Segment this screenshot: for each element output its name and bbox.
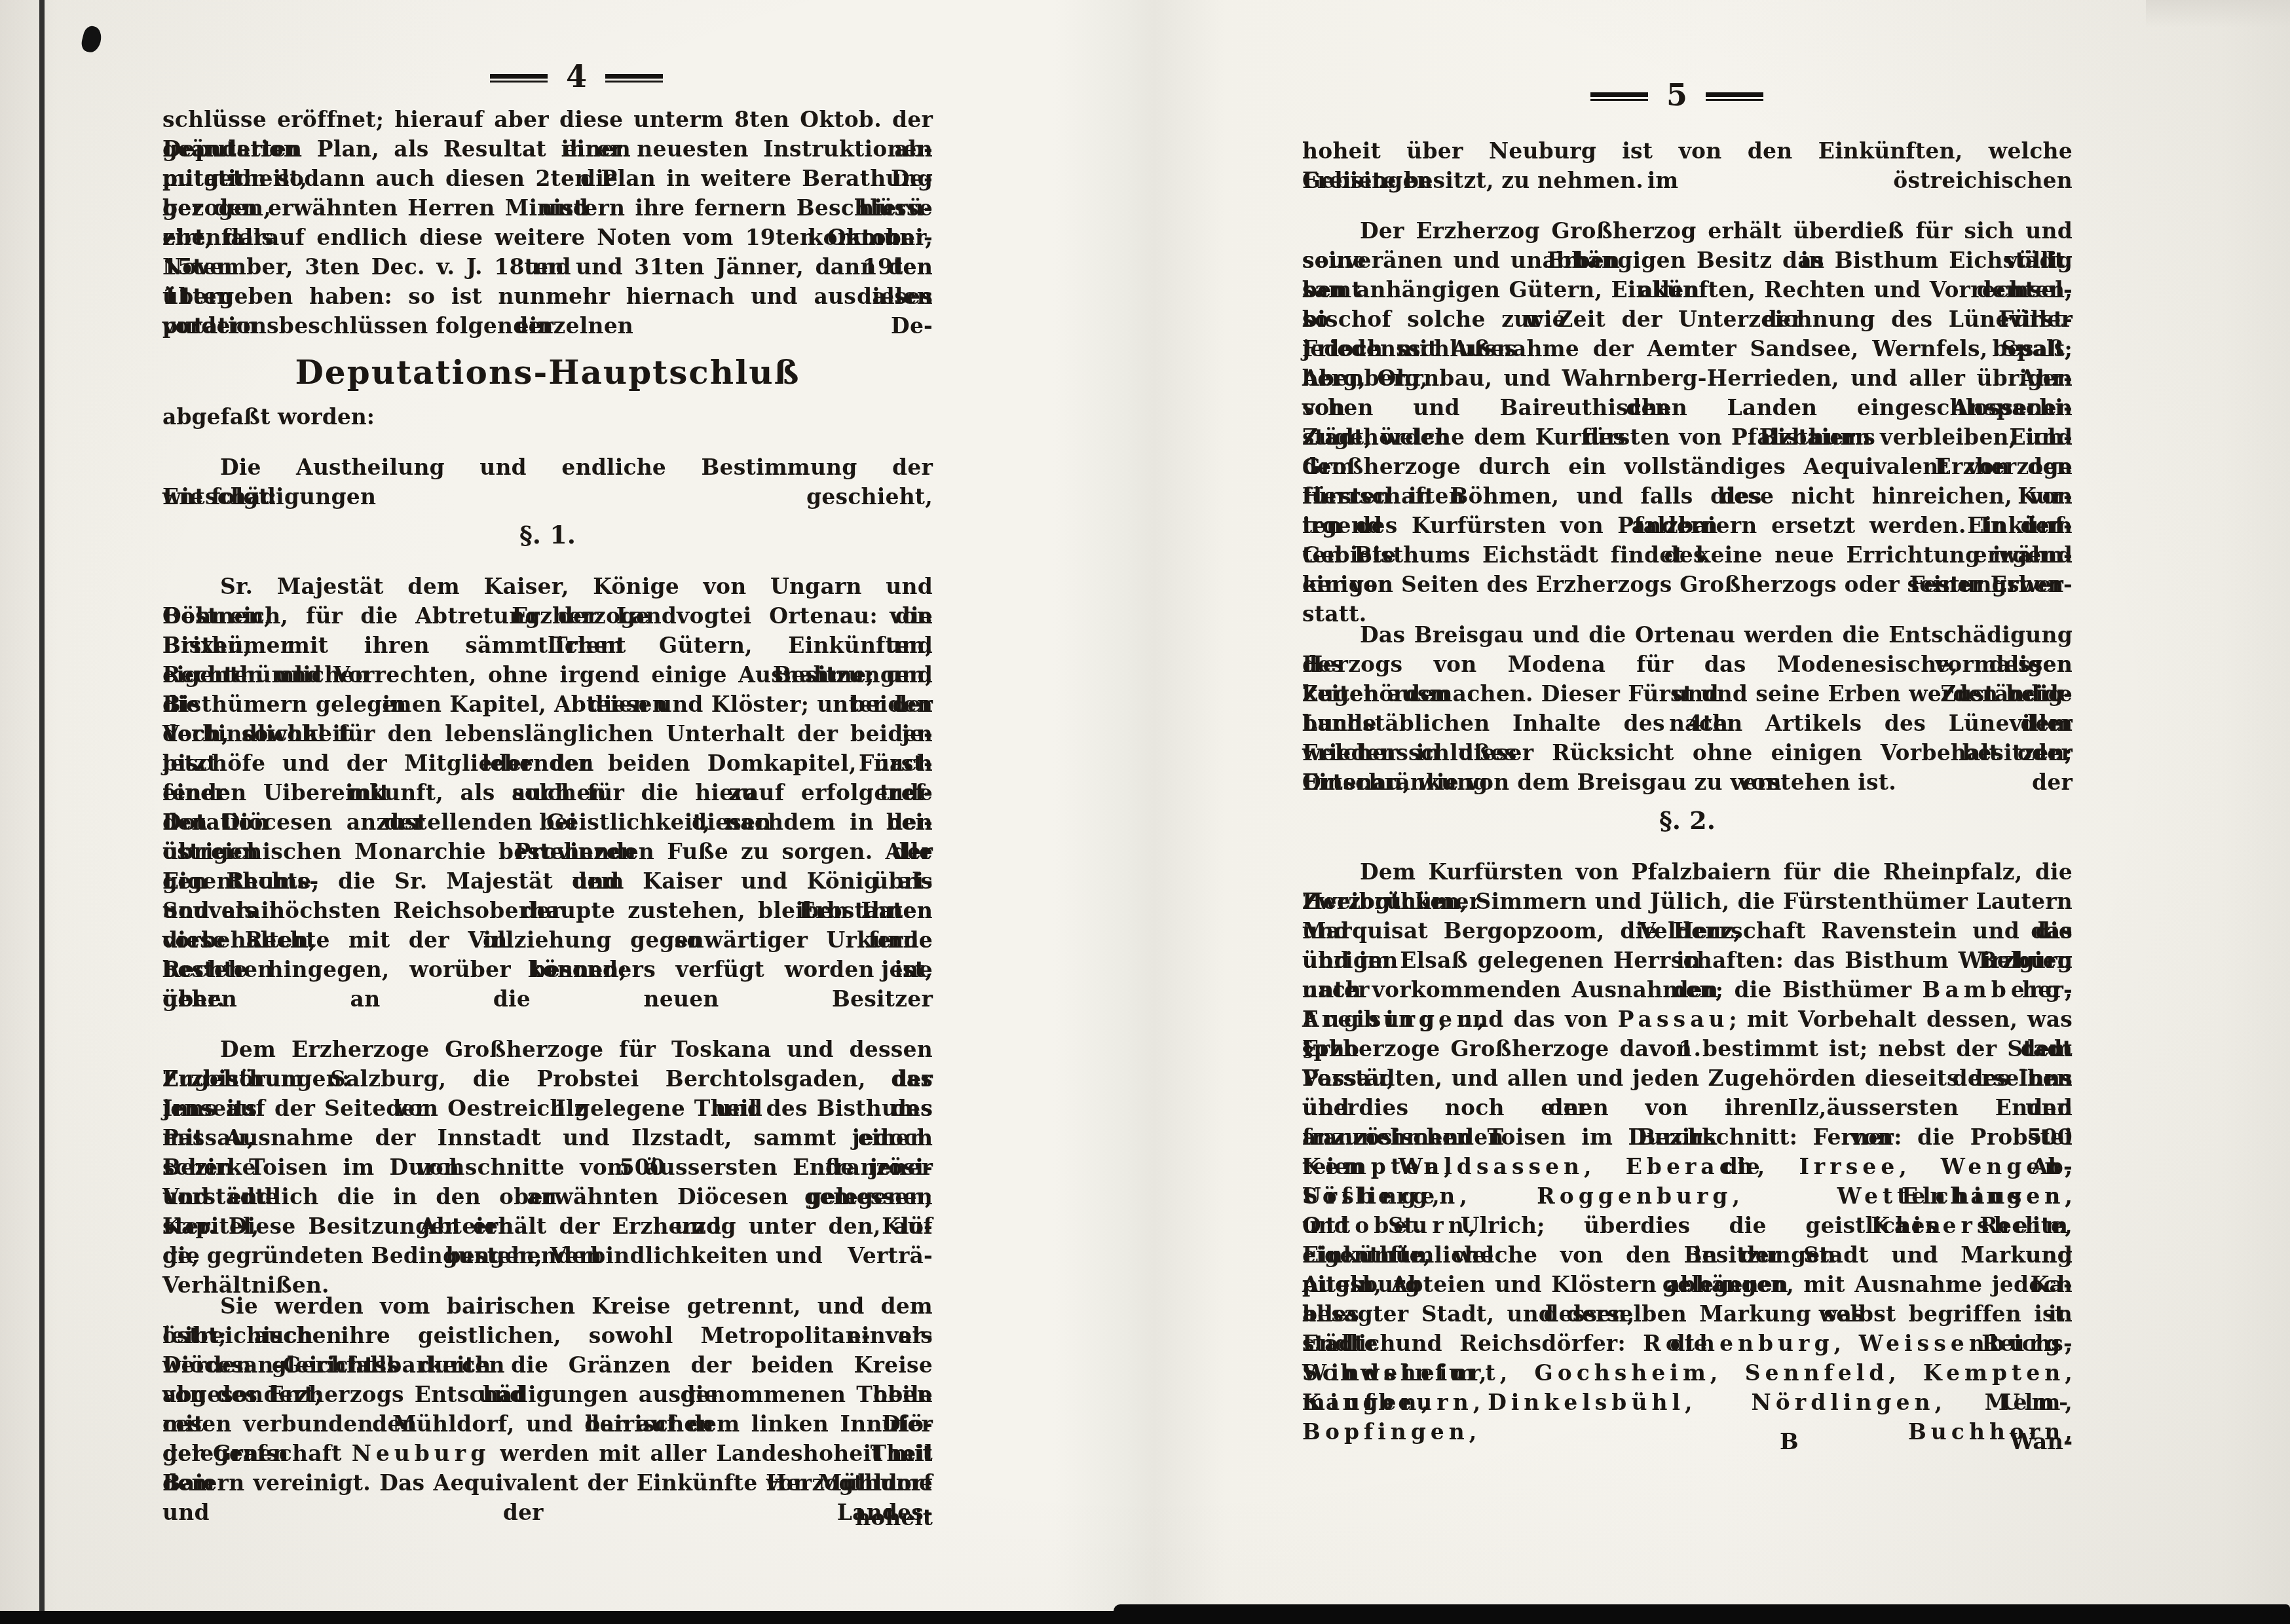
text-line: Zweibrücken, Simmern und Jülich, die Für… <box>1302 887 2073 916</box>
text-line: ker von Seiten des Erzherzogs Großherzog… <box>1302 570 2073 599</box>
text-line: und endlich die in den oberwähnten Diöce… <box>162 1182 933 1211</box>
paragraph: hoheit über Neuburg ist von den Einkünft… <box>1302 136 2073 195</box>
text-line: berg, Ohrnbau, und Wahrnberg-Herrieden, … <box>1302 363 2073 393</box>
right-page-text: hoheit über Neuburg ist von den Einkünft… <box>1302 136 2073 1417</box>
letterspaced-name: Nördlingen <box>1752 1390 1935 1415</box>
text-line: werden gleichfalls durch die Gränzen der… <box>162 1350 933 1380</box>
header-rule <box>1706 92 1763 101</box>
ink-blob <box>80 24 104 54</box>
scan-edge-shadow <box>39 0 45 1624</box>
text-line: Einkünfte, welche von den in der Stadt u… <box>1302 1240 2073 1270</box>
text-line: gen Rechte, die Sr. Majestät dem Kaiser … <box>162 866 933 896</box>
text-line: übergeben haben: so ist nunmehr hiernach… <box>162 282 933 311</box>
text-line: keiten ausmachen. Dieser Fürst und seine… <box>1302 679 2073 709</box>
left-page-header: 4 <box>490 63 663 93</box>
signature-mark: B <box>1780 1428 1799 1457</box>
text-line: und als höchsten Reichsoberhaupte zusteh… <box>162 896 933 925</box>
text-line: nach vorkommenden Ausnahmen; die Bisthüm… <box>1302 975 2073 1005</box>
section-mark: §. 2. <box>1302 805 2073 836</box>
text-line: Rechte hingegen, worüber besonders verfü… <box>162 955 933 984</box>
text-line: und St. Ulrich; überdies die geistlichen… <box>1302 1211 2073 1240</box>
text-line: von des Erzherzogs Entschädigungen ausge… <box>162 1380 933 1409</box>
paragraph: Sie werden vom bairischen Kreise getrenn… <box>162 1291 933 1498</box>
text-line: Erzherzoge Großherzoge davon bestimmt is… <box>1302 1034 2073 1063</box>
text-line: diese Rechte mit der Vollziehung gegenwä… <box>162 925 933 955</box>
text-line: mingen, Dinkelsbühl, Nördlingen, Ulm, Bo… <box>1302 1388 2073 1417</box>
paragraph: Dem Erzherzoge Großherzoge für Toskana u… <box>162 1035 933 1270</box>
letterspaced-name: Ursberg <box>1302 1183 1432 1209</box>
text-line: französischen Toisen im Durchschnitt: Fe… <box>1302 1122 2073 1152</box>
letterspaced-name: Neuburg <box>352 1441 491 1466</box>
text-line: souveränen und unabhängigen Besitz das B… <box>1302 246 2073 275</box>
text-line: östreichischen Monarchie bestehenden Fuß… <box>162 837 933 866</box>
text-line: mit Ausnahme der Innstadt und Ilzstadt, … <box>162 1123 933 1153</box>
text-line: Dem Erzherzoge Großherzoge für Toskana u… <box>162 1035 933 1064</box>
text-line: Inns auf der Seite von Oestreich gelegen… <box>162 1094 933 1123</box>
text-line: Oestreich, für die Abtretung der Landvog… <box>162 601 933 631</box>
document-heading: Deputations-Hauptschluß <box>162 352 933 393</box>
text-line: cesen verbunden. Mühldorf, und der auf d… <box>162 1409 933 1439</box>
text-line: Sie werden vom bairischen Kreise getrenn… <box>162 1291 933 1321</box>
text-line: ten Bisthums Eichstädt findet keine neue… <box>1302 540 2073 570</box>
text-line: Augburg, und das von Passau; mit Vorbeha… <box>1302 1005 2073 1034</box>
right-page-header: 5 <box>1590 81 1763 111</box>
text-line: fürsten in Böhmen, und falls diese nicht… <box>1302 481 2073 511</box>
scanned-book-spread: { "document": { "title": "Deputations-Ha… <box>0 0 2290 1624</box>
text-line: buchstäblichen Inhalte des 4ten Artikels… <box>1302 709 2073 738</box>
text-line: putation sodann auch diesen 2ten Plan in… <box>162 164 933 193</box>
text-line: ge, gegründeten Bedingungen, Verbindlich… <box>162 1241 933 1270</box>
catchword: Wan- <box>2010 1428 2073 1457</box>
text-line: teien Waldsassen, Eberach, Irrsee, Wenge… <box>1302 1152 2073 1181</box>
right-page: hoheit über Neuburg ist von den Einkünft… <box>1302 136 2073 1457</box>
text-line: ber den erwähnten Herren Ministern ihre … <box>162 193 933 223</box>
text-line: der Grafschaft Neuburg werden mit aller … <box>162 1439 933 1468</box>
paragraph: Sr. Majestät dem Kaiser, Könige von Unga… <box>162 572 933 1014</box>
text-line: städte und Reichsdörfer: Rothenburg, Wei… <box>1302 1329 2073 1358</box>
text-line: bischöfe und der Mitglieder der beiden D… <box>162 748 933 778</box>
text-line: Marquisat Bergopzoom, die Herrschaft Rav… <box>1302 916 2073 946</box>
text-line: abgefaßt worden: <box>162 402 933 432</box>
scan-corner-smudge <box>2146 0 2290 28</box>
letterspaced-name: Kempten <box>1923 1360 2065 1386</box>
paragraph: Der Erzherzog Großherzog erhält überdieß… <box>1302 216 2073 599</box>
letterspaced-name: Schweinfurt <box>1302 1360 1500 1386</box>
letterspaced-name: Augburg <box>1302 1006 1439 1032</box>
text-line: Bisthümern gelegenen Kapitel, Abteien un… <box>162 690 933 719</box>
text-line: hoheit über Neuburg ist von den Einkünft… <box>1302 136 2073 166</box>
letterspaced-name: mingen <box>1302 1390 1421 1415</box>
text-line: Erzbisthum Salzburg, die Probstei Bercht… <box>162 1064 933 1094</box>
letterspaced-name: Waldsassen <box>1398 1154 1584 1179</box>
text-line: Herzogs von Modena für das Modenesische,… <box>1302 650 2073 679</box>
letterspaced-name: Dinkelsbühl <box>1488 1390 1685 1415</box>
text-line: Schweinfurt, Gochsheim, Sennfeld, Kempte… <box>1302 1358 2073 1388</box>
text-line: überdies noch einen von ihren äussersten… <box>1302 1093 2073 1122</box>
left-page-text: schlüsse eröffnet; hierauf aber diese un… <box>162 105 933 1498</box>
text-line: jedoch mit Ausnahme der Aemter Sandsee, … <box>1302 334 2073 363</box>
text-line: leibt; auch ihre geistlichen, sowohl Met… <box>162 1321 933 1350</box>
page-number: 4 <box>566 62 587 92</box>
text-line: bischof solche zur Zeit der Unterzeichnu… <box>1302 304 2073 334</box>
paragraph: Die Austheilung und endliche Bestimmung … <box>162 452 933 511</box>
text-line: Großherzoge durch ein vollständiges Aequ… <box>1302 452 2073 481</box>
text-line: ben anhängigen Gütern, Einkünften, Recht… <box>1302 275 2073 304</box>
text-line: Dem Kurfürsten von Pfalzbaiern für die R… <box>1302 857 2073 887</box>
header-rule <box>605 74 663 83</box>
text-line: städt, welche dem Kurfürsten von Pfalzba… <box>1302 422 2073 452</box>
text-line: Rechten und Vorrechten, ohne irgend eini… <box>162 660 933 690</box>
text-line: schen Toisen im Durchschnitte vom äusser… <box>162 1153 933 1182</box>
text-line: ten des Kurfürsten von Pfalzbaiern erset… <box>1302 511 2073 540</box>
text-line: besagter Stadt, und derselben Markung se… <box>1302 1299 2073 1329</box>
page-number: 5 <box>1666 80 1687 110</box>
header-rule <box>1590 92 1648 101</box>
letterspaced-name: Weissenburg <box>1859 1331 2065 1356</box>
text-line: Das Breisgau und die Ortenau werden die … <box>1302 620 2073 650</box>
letterspaced-name: Irrsee <box>1799 1154 1899 1179</box>
paragraph: Das Breisgau und die Ortenau werden die … <box>1302 620 2073 797</box>
text-line: ster. Diese Besitzungen erhält der Erzhe… <box>162 1211 933 1241</box>
signature-row: B Wan- <box>1302 1428 2073 1457</box>
paragraph: Dem Kurfürsten von Pfalzbaiern für die R… <box>1302 857 2073 1417</box>
text-line: Der Erzherzog Großherzog erhält überdieß… <box>1302 216 2073 246</box>
paragraph: schlüsse eröffnet; hierauf aber diese un… <box>162 105 933 341</box>
text-line: piteln, Abteien und Klöstern abhängen, m… <box>1302 1270 2073 1299</box>
text-line: doch, sowohl für den lebenslänglichen Un… <box>162 719 933 748</box>
letterspaced-name: Passau <box>1618 1006 1729 1032</box>
text-line: zirt, darauf endlich diese weitere Noten… <box>162 223 933 252</box>
text-line: schlüsse eröffnet; hierauf aber diese un… <box>162 105 933 134</box>
text-line: Sr. Majestät dem Kaiser, Könige von Unga… <box>162 572 933 601</box>
bottom-scan-strip-right <box>1114 1604 2290 1624</box>
text-line: November, 3ten Dec. v. J. 18ten und 31te… <box>162 252 933 282</box>
text-line: Die Austheilung und endliche Bestimmung … <box>162 452 933 482</box>
text-line: welcher in dieser Rücksicht ohne einigen… <box>1302 738 2073 767</box>
text-line: schen und Baireuthischen Landen eingesch… <box>1302 393 2073 422</box>
letterspaced-name: Rothenburg <box>1643 1331 1833 1356</box>
text-line: Ursberg, Roggenburg, Wettenhausen, Ottob… <box>1302 1181 2073 1211</box>
catchword: hoheit <box>855 1505 933 1530</box>
text-line: Baiern vereinigt. Das Aequivalent der Ei… <box>162 1468 933 1498</box>
text-line: geänderten Plan, als Resultat ihrer neue… <box>162 134 933 164</box>
letterspaced-name: Bamberg <box>1923 977 2065 1003</box>
letterspaced-name: Sennfeld <box>1745 1360 1889 1386</box>
letterspaced-name: Eberach <box>1626 1154 1757 1179</box>
letterspaced-name: Roggenburg <box>1537 1183 1732 1209</box>
text-line: den Diöcesen anzustellenden Geistlichkei… <box>162 807 933 837</box>
letterspaced-name: Wettenhausen <box>1837 1183 2065 1209</box>
section-mark: §. 1. <box>162 519 933 551</box>
header-rule <box>490 74 548 83</box>
letterspaced-name: Wengen <box>1941 1154 2065 1179</box>
text-line: Vorstädten, und allen und jeden Zugehörd… <box>1302 1063 2073 1093</box>
left-page: schlüsse eröffnet; hierauf aber diese un… <box>162 105 933 1532</box>
letterspaced-name: Ulm <box>2001 1390 2065 1415</box>
letterspaced-name: Gochsheim <box>1535 1360 1710 1386</box>
text-line: und im Elsaß gelegenen Herrschaften: das… <box>1302 946 2073 975</box>
text-line: Brixen, mit ihren sämmtlichen Gütern, Ei… <box>162 631 933 660</box>
text-line: fenden Uibereinkunft, als auch für die h… <box>162 778 933 807</box>
